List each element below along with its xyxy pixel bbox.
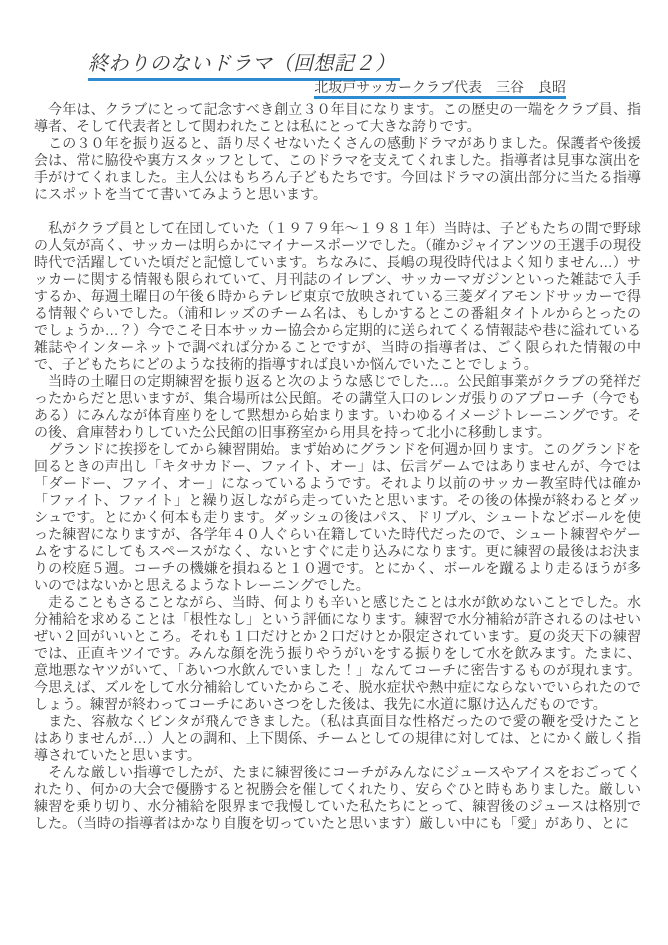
paragraph-30years-drama: この３０年を振り返ると、語り尽くせないたくさんの感動ドラマがありました。保護者や… bbox=[34, 135, 641, 203]
title-row: 終わりのないドラマ（回想記２） bbox=[88, 54, 668, 81]
author-byline: 北坂戸サッカークラブ代表 三谷 良昭 bbox=[314, 79, 566, 99]
paragraph-1979-minor-sport: 私がクラブ員として在団していた（１９７９年～１９８１年）当時は、子どもたちの間で… bbox=[34, 220, 641, 373]
paragraph-spacer bbox=[34, 203, 641, 220]
page-title: 終わりのないドラマ（回想記２） bbox=[88, 54, 400, 81]
document-body: 今年は、クラブにとって記念すべき創立３０年目になります。この歴史の一端をクラブ員… bbox=[34, 101, 641, 832]
paragraph-no-water: 走ることもさることながら、当時、何よりも辛いと感じたことは水が飲めないことでした… bbox=[34, 594, 641, 713]
paragraph-saturday-practice: 当時の土曜日の定期練習を振り返ると次のような感じでした…。公民館事業がクラブの発… bbox=[34, 373, 641, 441]
document-page: 終わりのないドラマ（回想記２） 北坂戸サッカークラブ代表 三谷 良昭 今年は、ク… bbox=[0, 0, 668, 945]
paragraph-juice-reward: そんな厳しい指導でしたが、たまに練習後にコーチがみんなにジュースやアイスをおごっ… bbox=[34, 764, 641, 832]
paragraph-discipline: また、容赦なくビンタが飛んできました。（私は真面目な性格だったので愛の鞭を受けた… bbox=[34, 713, 641, 764]
paragraph-ground-training: グランドに挨拶をしてから練習開始。まず始めにグランドを何週か回ります。このグラン… bbox=[34, 441, 641, 594]
byline-row: 北坂戸サッカークラブ代表 三谷 良昭 bbox=[0, 79, 566, 99]
paragraph-intro-anniversary: 今年は、クラブにとって記念すべき創立３０年目になります。この歴史の一端をクラブ員… bbox=[34, 101, 641, 135]
